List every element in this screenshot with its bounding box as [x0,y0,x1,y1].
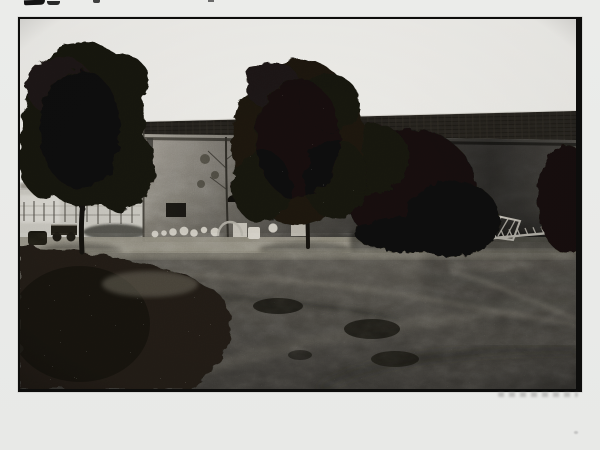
scan-edge-mark [208,0,214,2]
scanned-print [0,0,600,450]
scan-edge-mark [24,0,45,5]
faint-inscription [498,392,578,397]
paper-speck [574,431,578,434]
scan-edge-mark [47,1,60,5]
scan-edge-mark [93,0,100,3]
photograph [20,19,576,389]
photograph-frame [18,17,582,392]
vignette [20,19,576,389]
